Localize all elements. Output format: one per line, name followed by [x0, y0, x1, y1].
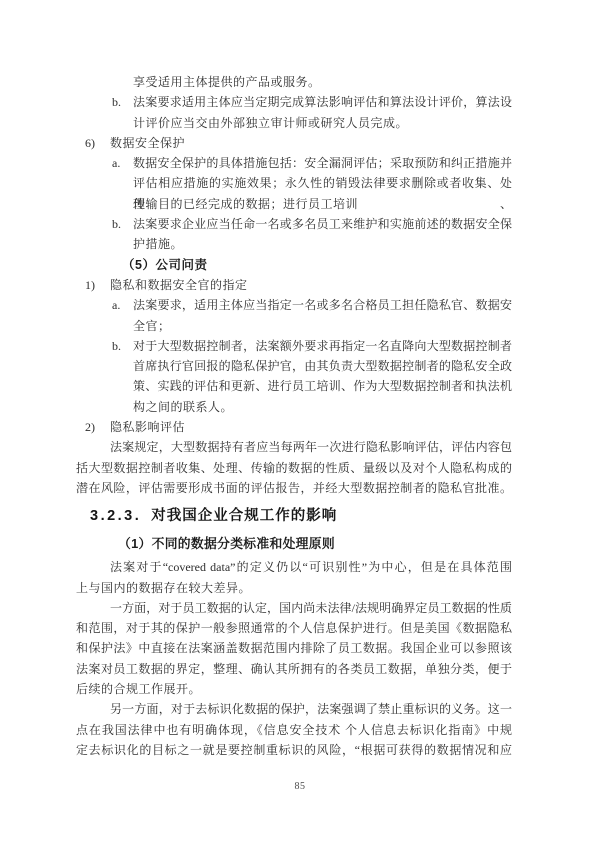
list-marker: 6) [85, 133, 95, 153]
text-line: 上与国内的数据存在较大差异。 [76, 578, 512, 598]
line-text: 括大型数据控制者收集、处理、传输的数据的性质、量级以及对个人隐私构成的 [76, 461, 512, 475]
line-text: 另一方面，对于去标识化数据的保护，法案强调了禁止重标识的义务。这一 [110, 702, 512, 716]
line-text: 数据安全保护 [110, 136, 185, 150]
line-text: 策、实践的评估和更新、进行员工培训、作为大型数据控制者和执法机 [133, 379, 512, 393]
line-text: 和保护法》中直接在法案涵盖数据范围内排除了员工数据。我国企业可以参照该 [76, 641, 512, 655]
list-marker: a. [112, 153, 120, 173]
line-text: 定去标识化的目标之一就是要控制重标识的风险，“根据可获得的数据情况和应 [76, 743, 512, 757]
line-text: 法案对于“covered data”的定义仍以“可识别性”为中心，但是在具体范围 [110, 560, 512, 574]
line-text: 法案要求，适用主体应当指定一名或多名合格员工担任隐私官、数据安 [133, 298, 512, 312]
text-line: b.对于大型数据控制者，法案额外要求再指定一名直降向大型数据控制者 [76, 336, 512, 356]
line-text: 首席执行官回报的隐私保护官，由其负责大型数据控制者的隐私安全政 [133, 359, 512, 373]
text-line: 后续的合规工作展开。 [76, 679, 512, 699]
line-text: 计评价应当交由外部独立审计师或研究人员完成。 [133, 116, 408, 130]
list-marker: b. [112, 336, 121, 356]
text-line: 括大型数据控制者收集、处理、传输的数据的性质、量级以及对个人隐私构成的 [76, 458, 512, 478]
text-line: b.法案要求企业应当任命一名或多名员工来维护和实施前述的数据安全保 [76, 214, 512, 234]
text-line: 评估相应措施的实施效果；永久性的销毁法律要求删除或者收集、处理、 [76, 173, 512, 193]
text-line: 全官； [76, 316, 512, 336]
document-page: 享受适用主体提供的产品或服务。b.法案要求适用主体应当定期完成算法影响评估和算法… [0, 0, 600, 848]
text-line: a.法案要求，适用主体应当指定一名或多名合格员工担任隐私官、数据安 [76, 295, 512, 315]
document-content: 享受适用主体提供的产品或服务。b.法案要求适用主体应当定期完成算法影响评估和算法… [76, 72, 512, 760]
line-text: 享受适用主体提供的产品或服务。 [133, 75, 321, 89]
text-line: 和范围，对于其的保护一般参照通常的个人信息保护进行。但是美国《数据隐私 [76, 618, 512, 638]
line-text: 隐私和数据安全官的指定 [110, 278, 248, 292]
text-line: （5）公司问责 [76, 255, 512, 275]
list-marker: a. [112, 295, 120, 315]
line-text: 潜在风险，评估需要形成书面的评估报告，并经大型数据控制者的隐私官批准。 [76, 481, 512, 495]
line-text: 传输目的已经完成的数据；进行员工培训 [133, 197, 358, 211]
line-text: 隐私影响评估 [110, 420, 185, 434]
text-line: 一方面，对于员工数据的认定，国内尚未法律/法规明确界定员工数据的性质 [76, 598, 512, 618]
page-number: 85 [0, 781, 600, 792]
text-line: 1)隐私和数据安全官的指定 [76, 275, 512, 295]
text-line: 法案对于“covered data”的定义仍以“可识别性”为中心，但是在具体范围 [76, 557, 512, 577]
line-text: 法案要求企业应当任命一名或多名员工来维护和实施前述的数据安全保 [133, 217, 512, 231]
line-text: 全官； [133, 319, 171, 333]
line-text: 一方面，对于员工数据的认定，国内尚未法律/法规明确界定员工数据的性质 [110, 601, 512, 615]
section-heading: 3.2.3.对我国企业合规工作的影响 [90, 503, 512, 529]
text-line: 护措施。 [76, 234, 512, 254]
text-line: 传输目的已经完成的数据；进行员工培训 [76, 194, 512, 214]
text-line: 首席执行官回报的隐私保护官，由其负责大型数据控制者的隐私安全政 [76, 356, 512, 376]
line-text: 点在我国法律中也有明确体现，《信息安全技术 个人信息去标识化指南》中规 [76, 723, 512, 737]
subsection-heading: （1）不同的数据分类标准和处理原则 [118, 533, 512, 555]
list-marker: 1) [85, 275, 95, 295]
text-line: 法案规定，大型数据持有者应当每两年一次进行隐私影响评估，评估内容包 [76, 437, 512, 457]
text-line: 潜在风险，评估需要形成书面的评估报告，并经大型数据控制者的隐私官批准。 [76, 478, 512, 498]
text-line: b.法案要求适用主体应当定期完成算法影响评估和算法设计评价，算法设 [76, 92, 512, 112]
line-text: 法案对员工数据的界定，整理、确认其所拥有的各类员工数据，单独分类，便于 [76, 662, 512, 676]
text-line: 另一方面，对于去标识化数据的保护，法案强调了禁止重标识的义务。这一 [76, 699, 512, 719]
text-line: 策、实践的评估和更新、进行员工培训、作为大型数据控制者和执法机 [76, 376, 512, 396]
text-line: 6)数据安全保护 [76, 133, 512, 153]
text-line: 定去标识化的目标之一就是要控制重标识的风险，“根据可获得的数据情况和应 [76, 740, 512, 760]
line-text: 法案要求适用主体应当定期完成算法影响评估和算法设计评价，算法设 [133, 95, 512, 109]
text-line: 享受适用主体提供的产品或服务。 [76, 72, 512, 92]
line-text: （5）公司问责 [122, 258, 207, 272]
line-text: 数据安全保护的具体措施包括：安全漏洞评估；采取预防和纠正措施并 [133, 156, 512, 170]
list-marker: b. [112, 214, 121, 234]
text-line: 法案对员工数据的界定，整理、确认其所拥有的各类员工数据，单独分类，便于 [76, 659, 512, 679]
section-number: 3.2.3. [90, 508, 141, 524]
text-line: 和保护法》中直接在法案涵盖数据范围内排除了员工数据。我国企业可以参照该 [76, 638, 512, 658]
line-text: 构之间的联系人。 [133, 400, 233, 414]
line-text: 和范围，对于其的保护一般参照通常的个人信息保护进行。但是美国《数据隐私 [76, 621, 512, 635]
line-text: 后续的合规工作展开。 [76, 682, 201, 696]
text-line: 点在我国法律中也有明确体现，《信息安全技术 个人信息去标识化指南》中规 [76, 720, 512, 740]
text-line: 2)隐私影响评估 [76, 417, 512, 437]
section-title: 对我国企业合规工作的影响 [151, 508, 337, 524]
line-text: 法案规定，大型数据持有者应当每两年一次进行隐私影响评估，评估内容包 [110, 440, 512, 454]
line-text: 上与国内的数据存在较大差异。 [76, 581, 251, 595]
text-line: 计评价应当交由外部独立审计师或研究人员完成。 [76, 113, 512, 133]
line-text: 对于大型数据控制者，法案额外要求再指定一名直降向大型数据控制者 [133, 339, 512, 353]
text-line: 构之间的联系人。 [76, 397, 512, 417]
list-marker: 2) [85, 417, 95, 437]
text-line: a.数据安全保护的具体措施包括：安全漏洞评估；采取预防和纠正措施并 [76, 153, 512, 173]
list-marker: b. [112, 92, 121, 112]
line-text: 护措施。 [133, 237, 183, 251]
